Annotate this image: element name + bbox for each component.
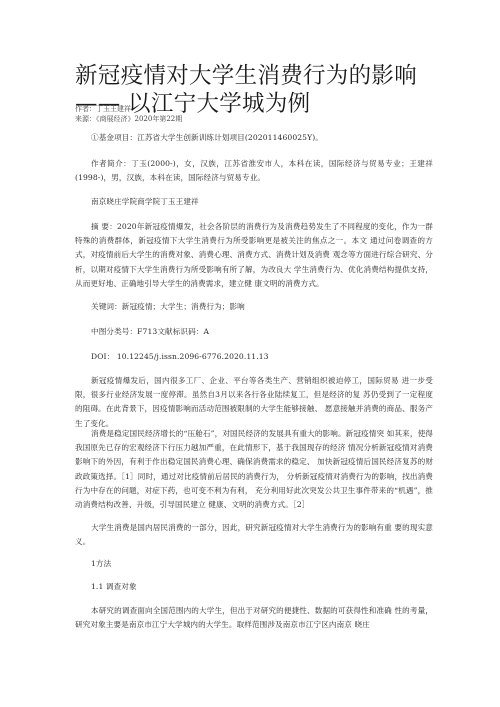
funding-note: ①基金项目：江苏省大学生创新训练计划项目(202011460025Y)。 — [75, 131, 433, 145]
body-paragraph-3: 大学生消费是国内居民消费的一部分，因此，研究新冠疫情对大学生消费行为的影响有重 … — [75, 521, 433, 549]
subsection-heading-survey-subjects: 1.1 调查对象 — [75, 580, 433, 594]
body-paragraph-2: 消费是稳定国民经济增长的“压舱石”，对国民经济的发展具有重大的影响。新冠疫情突 … — [75, 427, 433, 512]
classification-code: 中图分类号：F713文献标识码：A — [75, 325, 433, 339]
affiliation: 南京晓庄学院商学院丁玉王建祥 — [75, 195, 433, 209]
author-bio: 作者简介：丁玉(2000-)，女，汉族，江苏省淮安市人，本科在读，国际经济与贸易… — [75, 157, 433, 185]
keywords: 关键词：新冠疫情；大学生；消费行为；影响 — [75, 300, 433, 314]
section-heading-methods: 1方法 — [75, 557, 433, 571]
doi: DOI： 10.12245/j.issn.2096-6776.2020.11.1… — [75, 350, 433, 364]
body-paragraph-1: 新冠疫情爆发后，国内很多工厂、企业、平台等各类生产、营销组织被迫停工，国际贸易 … — [75, 374, 433, 431]
abstract: 摘 要：2020年新冠疫情爆发，社会各阶层的消费行为及消费趋势发生了不同程度的变… — [75, 220, 433, 291]
author-line: 作者：丁玉王建祥 — [75, 104, 131, 114]
source-line: 来源：《商展经济》2020年第22期 — [75, 114, 182, 124]
body-paragraph-4: 本研究的调查面向全国范围内的大学生，但出于对研究的便捷性、数据的可获得性和准确 … — [75, 604, 433, 632]
